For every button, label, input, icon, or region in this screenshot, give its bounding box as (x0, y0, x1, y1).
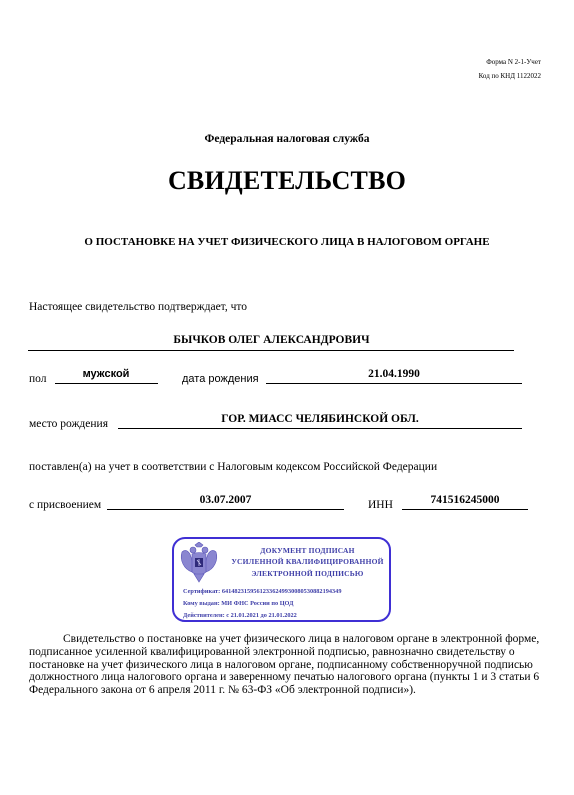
gender-label: пол (29, 373, 47, 385)
assigned-date-value: 03.07.2007 (107, 494, 344, 506)
full-name-value: БЫЧКОВ ОЛЕГ АЛЕКСАНДРОВИЧ (29, 334, 514, 346)
knd-code: Код по КНД 1122022 (479, 69, 541, 83)
document-subtitle: О ПОСТАНОВКЕ НА УЧЕТ ФИЗИЧЕСКОГО ЛИЦА В … (0, 236, 574, 248)
stamp-certificate: Сертификат: 6414823159561233624993008053… (183, 588, 341, 595)
stamp-validity: Действителен: с 21.01.2021 до 21.01.2022 (183, 612, 297, 619)
full-name-underline (28, 350, 514, 351)
stamp-header-line-1: ДОКУМЕНТ ПОДПИСАН (225, 546, 390, 555)
stamp-issued-to: Кому выдан: МИ ФНС России по ЦОД (183, 600, 293, 607)
stamp-header-line-2: УСИЛЕННОЙ КВАЛИФИЦИРОВАННОЙ (225, 557, 390, 566)
intro-text: Настоящее свидетельство подтверждает, чт… (29, 301, 247, 313)
inn-label: ИНН (368, 499, 393, 511)
form-number: Форма N 2-1-Учет (486, 55, 541, 69)
birth-place-value: ГОР. МИАСС ЧЕЛЯБИНСКОЙ ОБЛ. (118, 413, 522, 425)
birth-place-underline (118, 428, 522, 429)
assigned-date-underline (107, 509, 344, 510)
birth-date-value: 21.04.1990 (266, 368, 522, 380)
coat-of-arms-icon (178, 542, 220, 584)
registration-statement: поставлен(а) на учет в соответствии с На… (29, 461, 437, 473)
agency-name: Федеральная налоговая служба (0, 133, 574, 145)
legal-notice-paragraph: Свидетельство о постановке на учет физич… (29, 633, 541, 697)
birth-date-underline (266, 383, 522, 384)
gender-underline (55, 383, 158, 384)
birth-place-label: место рождения (29, 418, 108, 430)
birth-date-label: дата рождения (182, 373, 259, 385)
gender-value: мужской (55, 368, 157, 380)
inn-underline (402, 509, 528, 510)
legal-notice-text: Свидетельство о постановке на учет физич… (29, 633, 539, 696)
inn-value: 741516245000 (402, 494, 528, 506)
assigned-label: с присвоением (29, 499, 101, 511)
stamp-header-line-3: ЭЛЕКТРОННОЙ ПОДПИСЬЮ (225, 569, 390, 578)
document-title: СВИДЕТЕЛЬСТВО (0, 166, 574, 196)
